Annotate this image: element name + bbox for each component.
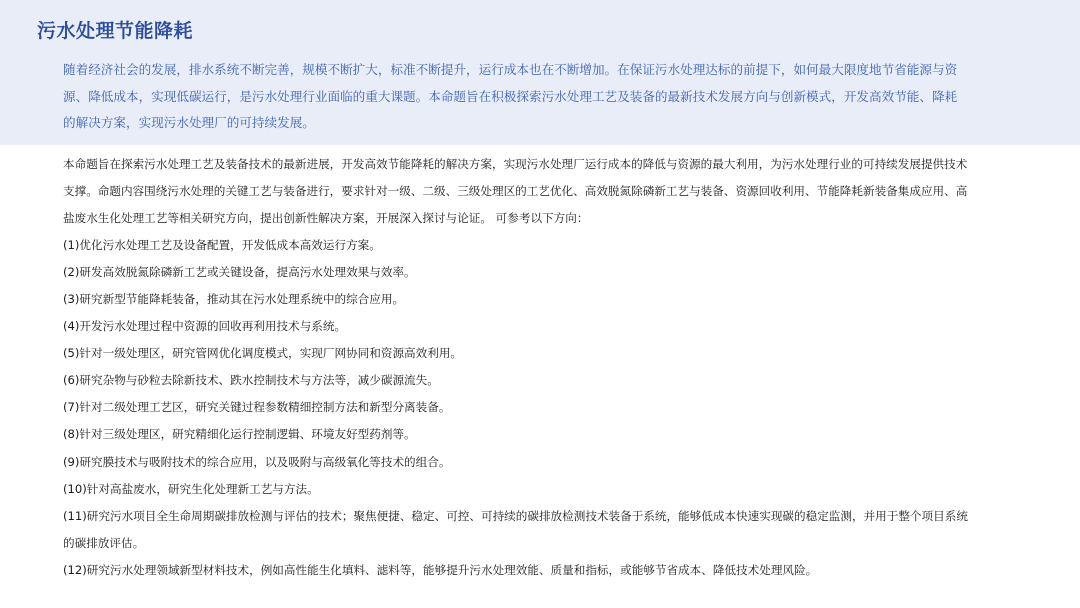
- direction-item: (5)针对一级处理区，研究管网优化调度模式，实现厂网协同和资源高效利用。: [63, 340, 1038, 367]
- direction-item: (7)针对二级处理工艺区，研究关键过程参数精细控制方法和新型分离装备。: [63, 394, 1038, 421]
- direction-item: (11)研究污水项目全生命周期碳排放检测与评估的技术；聚焦便捷、稳定、可控、可持…: [63, 503, 1038, 530]
- header-banner: 污水处理节能降耗 随着经济社会的发展，排水系统不断完善，规模不断扩大，标准不断提…: [0, 0, 1080, 145]
- intro-paragraph: 随着经济社会的发展，排水系统不断完善，规模不断扩大，标准不断提升，运行成本也在不…: [63, 57, 1038, 137]
- direction-item: (8)针对三级处理区，研究精细化运行控制逻辑、环境友好型药剂等。: [63, 421, 1038, 448]
- direction-item-continuation: 的碳排放评估。: [63, 530, 1038, 557]
- page-title: 污水处理节能降耗: [37, 17, 193, 45]
- directions-list: (1)优化污水处理工艺及设备配置，开发低成本高效运行方案。 (2)研发高效脱氮除…: [63, 232, 1038, 584]
- direction-item: (4)开发污水处理过程中资源的回收再利用技术与系统。: [63, 313, 1038, 340]
- intro-line: 源、降低成本，实现低碳运行，是污水处理行业面临的重大课题。本命题旨在积极探索污水…: [63, 84, 1038, 111]
- direction-item: (12)研究污水处理领域新型材料技术，例如高性能生化填料、滤料等，能够提升污水处…: [63, 557, 1038, 584]
- direction-item: (9)研究膜技术与吸附技术的综合应用，以及吸附与高级氧化等技术的组合。: [63, 449, 1038, 476]
- direction-item: (1)优化污水处理工艺及设备配置，开发低成本高效运行方案。: [63, 232, 1038, 259]
- direction-item: (2)研发高效脱氮除磷新工艺或关键设备，提高污水处理效果与效率。: [63, 259, 1038, 286]
- direction-item: (6)研究杂物与砂粒去除新技术、跌水控制技术与方法等，减少碳源流失。: [63, 367, 1038, 394]
- overview-line: 支撑。命题内容围绕污水处理的关键工艺与装备进行，要求针对一级、二级、三级处理区的…: [63, 178, 1038, 205]
- overview-line: 本命题旨在探索污水处理工艺及装备技术的最新进展，开发高效节能降耗的解决方案，实现…: [63, 151, 1038, 178]
- direction-item: (10)针对高盐废水，研究生化处理新工艺与方法。: [63, 476, 1038, 503]
- intro-line: 随着经济社会的发展，排水系统不断完善，规模不断扩大，标准不断提升，运行成本也在不…: [63, 57, 1038, 84]
- overview-line: 盐废水生化处理工艺等相关研究方向，提出创新性解决方案，开展深入探讨与论证。 可参…: [63, 205, 1038, 232]
- overview-paragraph: 本命题旨在探索污水处理工艺及装备技术的最新进展，开发高效节能降耗的解决方案，实现…: [63, 151, 1038, 232]
- content-body: 本命题旨在探索污水处理工艺及装备技术的最新进展，开发高效节能降耗的解决方案，实现…: [63, 151, 1038, 584]
- direction-item: (3)研究新型节能降耗装备，推动其在污水处理系统中的综合应用。: [63, 286, 1038, 313]
- intro-line: 的解决方案，实现污水处理厂的可持续发展。: [63, 110, 1038, 137]
